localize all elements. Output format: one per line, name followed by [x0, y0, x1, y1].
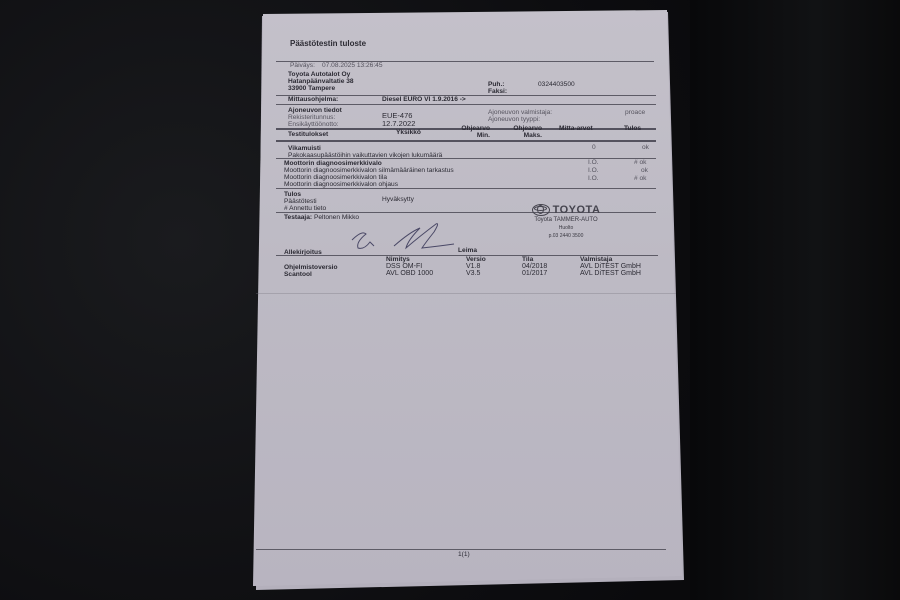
- row-result: # ok: [634, 159, 646, 167]
- scantool-name: AVL OBD 1000: [386, 270, 433, 278]
- row-result: ok: [642, 144, 649, 152]
- results-header-result: Tulos: [624, 125, 641, 133]
- divider: [276, 104, 656, 105]
- results-header-max-2: Maks.: [506, 132, 542, 140]
- summary-test-value: Hyväksytty: [382, 196, 414, 204]
- results-header-measured: Mitta-arvot: [559, 125, 593, 133]
- type-label: Ajoneuvon tyyppi:: [488, 116, 540, 124]
- date-value: 07.08.2025 13:26:45: [322, 62, 383, 70]
- program-value: Diesel EURO VI 1.9.2016 ->: [382, 96, 466, 104]
- document-title: Päästötestin tuloste: [290, 40, 366, 48]
- results-header-min-2: Min.: [458, 132, 490, 140]
- divider: [276, 158, 656, 159]
- background-shadow: [690, 0, 900, 600]
- row-result: ok: [641, 167, 648, 175]
- company-city: 33900 Tampere: [288, 85, 335, 93]
- dealer-stamp: TOYOTA Toyota TAMMER-AUTO Huolto p.03 24…: [510, 204, 622, 240]
- scantool-label: Scantool: [284, 271, 312, 279]
- row-result: # ok: [634, 175, 646, 183]
- footer-divider: [256, 549, 666, 550]
- signature-scribble: [350, 220, 460, 256]
- results-header-unit: Yksikkö: [396, 129, 421, 137]
- phone-value: 0324403500: [538, 81, 575, 89]
- results-header-test: Testitulokset: [288, 131, 328, 139]
- program-label: Mittausohjelma:: [288, 96, 338, 104]
- paper-fold-line: [256, 293, 676, 294]
- scantool-state: 01/2017: [522, 270, 547, 278]
- tester: Testaaja: Peltonen Mikko: [284, 214, 359, 222]
- scantool-maker: AVL DiTEST GmbH: [580, 270, 641, 278]
- row-value: 0: [592, 144, 596, 152]
- divider: [276, 140, 656, 142]
- toyota-emblem-icon: [532, 204, 550, 216]
- divider: [276, 188, 656, 189]
- stamp-phone: p.03 2440 3500: [549, 232, 584, 240]
- row-value: I.O.: [588, 167, 599, 175]
- stamp-label: Leima: [458, 247, 477, 255]
- stamp-brand: TOYOTA: [553, 206, 601, 214]
- scantool-version: V3.5: [466, 270, 480, 278]
- stamp-dealer: Toyota TAMMER-AUTO: [534, 216, 597, 224]
- stamp-dept: Huolto: [559, 224, 573, 232]
- row-value: I.O.: [588, 159, 599, 167]
- maker-value: proace: [625, 109, 645, 117]
- tester-label: Testaaja:: [284, 214, 312, 221]
- first-reg-value: 12.7.2022: [382, 120, 415, 128]
- row-value: I.O.: [588, 175, 599, 183]
- date-label: Päiväys:: [290, 62, 315, 70]
- page-number: 1(1): [458, 551, 470, 559]
